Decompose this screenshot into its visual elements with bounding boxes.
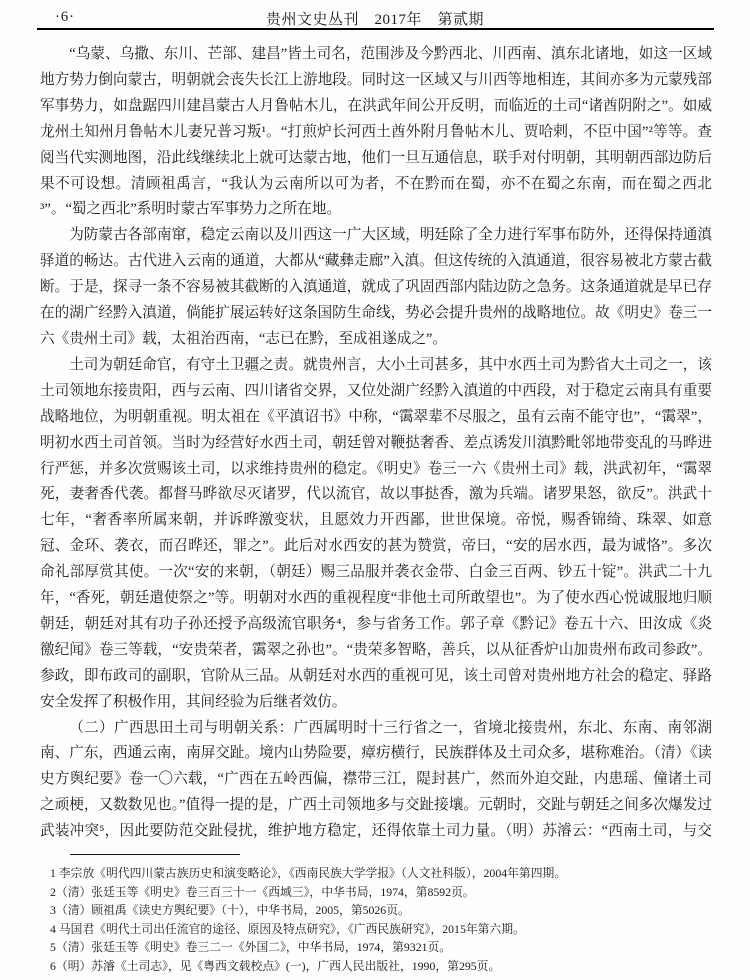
body-paragraph: 土司为朝廷命官，有守土卫疆之责。就贵州言，大小土司甚多，其中水西土司为黔省大土司… (40, 353, 712, 716)
footnote-item: 2（清）张廷玉等《明史》卷三百三十一《西域三》，中华书局，1974，第8592页… (40, 883, 712, 902)
footnote-divider (70, 854, 240, 855)
footnote-item: 3（清）顾祖禹《读史方舆纪要》（十），中华书局，2005，第5026页。 (40, 901, 712, 920)
footnote-item: 6（明）苏濬《土司志》，见《粤西文载校点》(一)，广西人民出版社，1990，第2… (40, 957, 712, 976)
body-paragraph: “乌蒙、乌撒、东川、芒部、建昌”皆土司名，范围涉及今黔西北、川西南、滇东北诸地，… (40, 42, 712, 223)
journal-page: ·6· 贵州文史丛刊 2017年 第贰期 “乌蒙、乌撒、东川、芒部、建昌”皆土司… (0, 0, 750, 980)
body-paragraph: 为防蒙古各部南窜，稳定云南以及川西这一广大区域，明廷除了全力进行军事布防外，还得… (40, 223, 712, 353)
footnote-item: 1 李宗放《明代四川蒙古族历史和演变略论》，《西南民族大学学报》（人文社科版），… (40, 864, 712, 883)
article-body: “乌蒙、乌撒、东川、芒部、建昌”皆土司名，范围涉及今黔西北、川西南、滇东北诸地，… (40, 42, 712, 848)
running-head: ·6· 贵州文史丛刊 2017年 第贰期 (0, 8, 750, 30)
journal-title: 贵州文史丛刊 2017年 第贰期 (0, 8, 750, 29)
footnote-section: 1 李宗放《明代四川蒙古族历史和演变略论》，《西南民族大学学报》（人文社科版），… (40, 854, 712, 976)
page-number: ·6· (55, 9, 75, 26)
footnote-item: 5（清）张廷玉等《明史》卷三二一《外国二》，中华书局，1974，第9321页。 (40, 938, 712, 957)
header-rule (37, 28, 714, 30)
footnote-item: 4 马国君《明代土司出任流官的途径、原因及特点研究》，《广西民族研究》，2015… (40, 920, 712, 939)
body-paragraph: （二）广西思田土司与明朝关系：广西属明时十三行省之一，省境北接贵州，东北、东南、… (40, 716, 712, 848)
